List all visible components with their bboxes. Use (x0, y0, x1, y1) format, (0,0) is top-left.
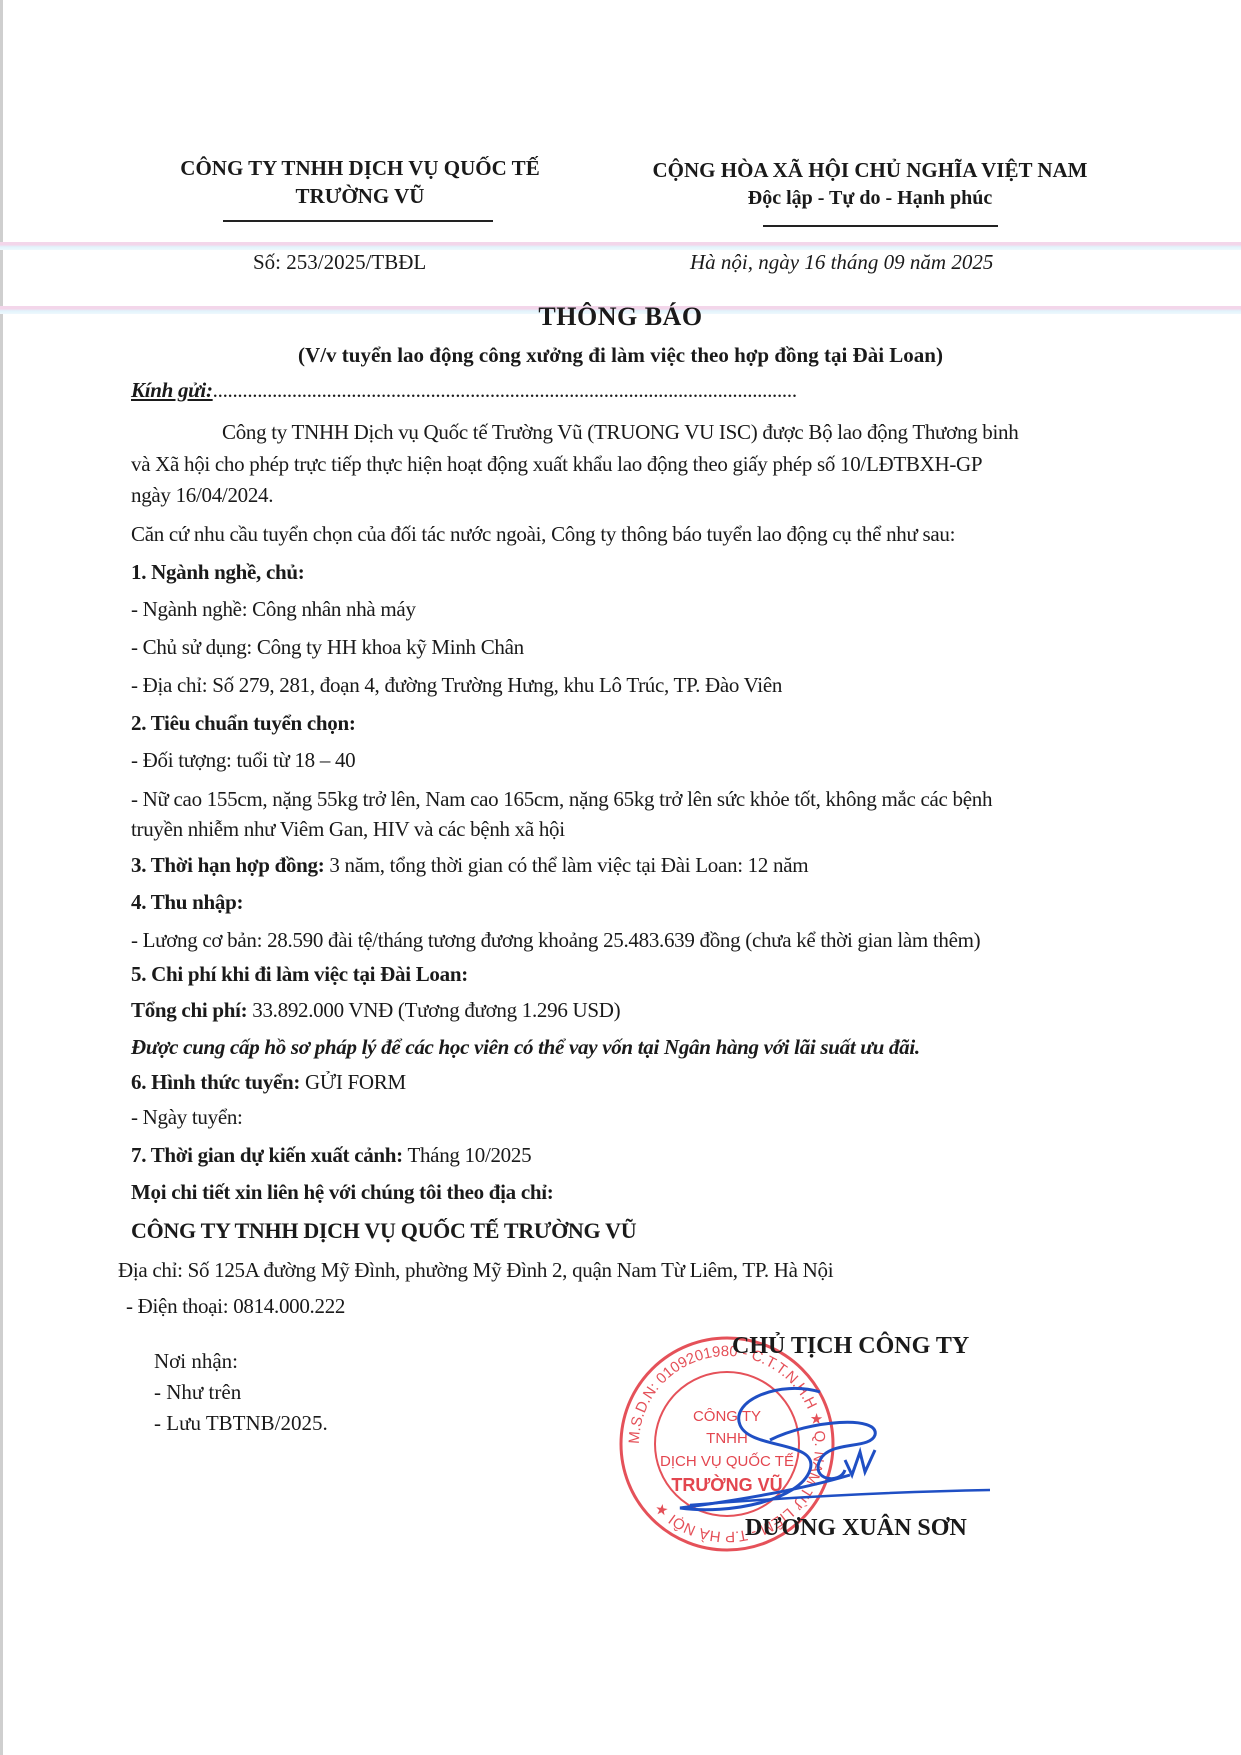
section-6-heading: 6. Hình thức tuyển: (131, 1070, 300, 1094)
header-right-underline (763, 225, 998, 227)
section-7-heading: 7. Thời gian dự kiến xuất cảnh: (131, 1143, 403, 1167)
list-item: - Ngành nghề: Công nhân nhà máy (131, 597, 416, 622)
signature-scribble (660, 1380, 1000, 1520)
place-date: Hà nội, ngày 16 tháng 09 năm 2025 (690, 250, 993, 275)
intro-line-3: ngày 16/04/2024. (131, 483, 273, 508)
scan-artifact-band (0, 242, 1241, 250)
recipients-label: Nơi nhận: (154, 1346, 328, 1377)
section-4-heading: 4. Thu nhập: (131, 890, 243, 915)
national-title: CỘNG HÒA XÃ HỘI CHỦ NGHĨA VIỆT NAM (620, 156, 1120, 184)
contact-address: Địa chỉ: Số 125A đường Mỹ Đình, phường M… (118, 1258, 833, 1283)
list-item: - Địa chỉ: Số 279, 281, đoạn 4, đường Tr… (131, 673, 782, 698)
intro-line-4: Căn cứ nhu cầu tuyển chọn của đối tác nư… (131, 522, 955, 547)
document-number: Số: 253/2025/TBĐL (253, 250, 426, 275)
section-3-heading: 3. Thời hạn hợp đồng: (131, 853, 324, 877)
salutation: Kính gửi:...............................… (131, 378, 797, 403)
national-motto: Độc lập - Tự do - Hạnh phúc (620, 184, 1120, 212)
intro-line-1: Công ty TNHH Dịch vụ Quốc tế Trường Vũ (… (222, 420, 1018, 445)
section-6: 6. Hình thức tuyển: GỬI FORM (131, 1070, 406, 1095)
scan-edge (0, 0, 3, 1755)
section-6-value: GỬI FORM (300, 1070, 406, 1094)
intro-line-2: và Xã hội cho phép trực tiếp thực hiện h… (131, 452, 982, 477)
recipient-item: - Lưu TBTNB/2025. (154, 1408, 328, 1439)
section-1-heading: 1. Ngành nghề, chủ: (131, 560, 304, 585)
total-cost-value: 33.892.000 VNĐ (Tương đương 1.296 USD) (247, 998, 620, 1022)
list-item: - Lương cơ bản: 28.590 đài tệ/tháng tươn… (131, 928, 980, 953)
list-item: - Ngày tuyển: (131, 1105, 243, 1130)
total-cost: Tổng chi phí: 33.892.000 VNĐ (Tương đươn… (131, 998, 620, 1023)
list-item: - Chủ sử dụng: Công ty HH khoa kỹ Minh C… (131, 635, 524, 660)
contact-company: CÔNG TY TNHH DỊCH VỤ QUỐC TẾ TRƯỜNG VŨ (131, 1218, 636, 1244)
signatory-title: CHỦ TỊCH CÔNG TY (732, 1333, 969, 1360)
signatory-name: DƯƠNG XUÂN SƠN (745, 1515, 967, 1542)
total-cost-label: Tổng chi phí: (131, 998, 247, 1022)
recipient-item: - Như trên (154, 1377, 328, 1408)
section-7: 7. Thời gian dự kiến xuất cảnh: Tháng 10… (131, 1143, 531, 1168)
section-3-value: 3 năm, tổng thời gian có thể làm việc tạ… (324, 853, 808, 877)
loan-note: Được cung cấp hồ sơ pháp lý để các học v… (131, 1035, 920, 1060)
recipients: Nơi nhận: - Như trên - Lưu TBTNB/2025. (154, 1346, 328, 1439)
company-name-line1: CÔNG TY TNHH DỊCH VỤ QUỐC TẾ (140, 154, 580, 182)
company-name-line2: TRƯỜNG VŨ (140, 182, 580, 210)
header-left-underline (223, 220, 493, 222)
list-item: truyền nhiễm như Viêm Gan, HIV và các bệ… (131, 817, 565, 842)
section-5-heading: 5. Chi phí khi đi làm việc tại Đài Loan: (131, 962, 468, 987)
company-name-header: CÔNG TY TNHH DỊCH VỤ QUỐC TẾ TRƯỜNG VŨ (140, 154, 580, 210)
section-3: 3. Thời hạn hợp đồng: 3 năm, tổng thời g… (131, 853, 808, 878)
national-motto-header: CỘNG HÒA XÃ HỘI CHỦ NGHĨA VIỆT NAM Độc l… (620, 156, 1120, 212)
document-title: THÔNG BÁO (0, 302, 1241, 332)
contact-phone: - Điện thoại: 0814.000.222 (126, 1294, 345, 1319)
contact-intro: Mọi chi tiết xin liên hệ với chúng tôi t… (131, 1180, 553, 1205)
salutation-label: Kính gửi: (131, 378, 213, 402)
section-7-value: Tháng 10/2025 (403, 1143, 531, 1167)
section-2-heading: 2. Tiêu chuẩn tuyển chọn: (131, 711, 356, 736)
list-item: - Nữ cao 155cm, nặng 55kg trở lên, Nam c… (131, 787, 992, 812)
document-subtitle: (V/v tuyển lao động công xưởng đi làm vi… (0, 343, 1241, 368)
salutation-dots: ........................................… (213, 378, 797, 402)
list-item: - Đối tượng: tuổi từ 18 – 40 (131, 748, 355, 773)
